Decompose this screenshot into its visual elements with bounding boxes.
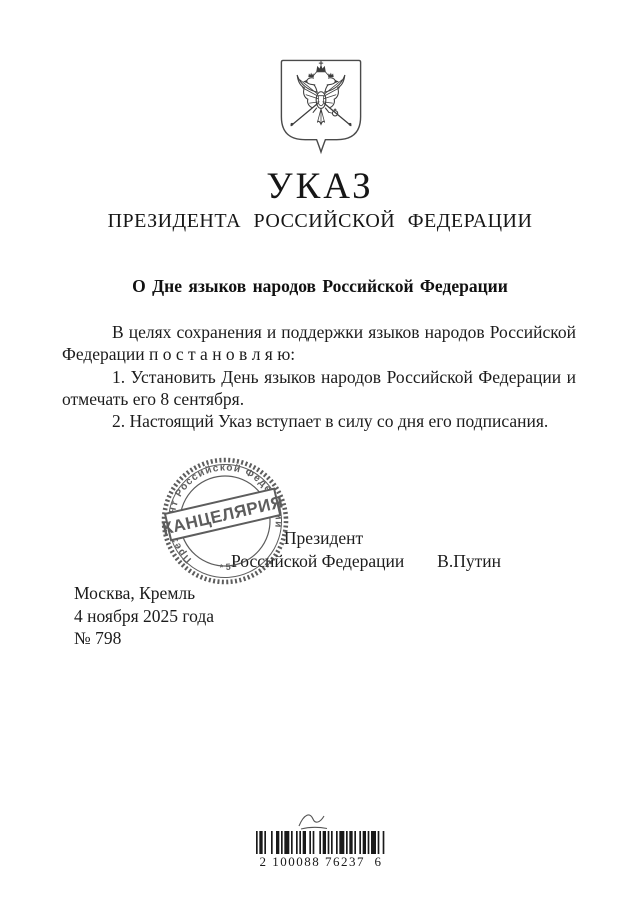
decree-page: УКАЗ ПРЕЗИДЕНТА РОССИЙСКОЙ ФЕДЕРАЦИИ О Д… — [0, 0, 640, 905]
barcode-bars — [256, 831, 386, 854]
stamp-bottom-text: * 5 * — [219, 561, 237, 572]
document-title: О Дне языков народов Российской Федераци… — [0, 276, 640, 297]
paragraph-item-1: 1. Установить День языков народов Россий… — [62, 366, 576, 411]
issuer-heading: ПРЕЗИДЕНТА РОССИЙСКОЙ ФЕДЕРАЦИИ — [0, 210, 640, 233]
signature-name: В.Путин — [437, 550, 501, 572]
number-line: № 798 — [74, 627, 214, 650]
barcode-digits: 2 100088 76237 6 — [254, 854, 388, 870]
barcode: 2 100088 76237 6 — [254, 831, 388, 870]
document-type-heading: УКАЗ — [0, 165, 640, 208]
place-date-block: Москва, Кремль 4 ноября 2025 года № 798 — [74, 582, 214, 650]
place-line: Москва, Кремль — [74, 582, 214, 605]
chancellery-stamp: Президент Российской Федерации * 5 * КАН… — [153, 449, 296, 592]
decree-body: В целях сохранения и поддержки языков на… — [62, 321, 576, 432]
paragraph-item-2: 2. Настоящий Указ вступает в силу со дня… — [62, 410, 576, 432]
paragraph-preamble: В целях сохранения и поддержки языков на… — [62, 321, 576, 366]
date-line: 4 ноября 2025 года — [74, 605, 214, 628]
russia-coat-of-arms-icon — [277, 58, 365, 158]
